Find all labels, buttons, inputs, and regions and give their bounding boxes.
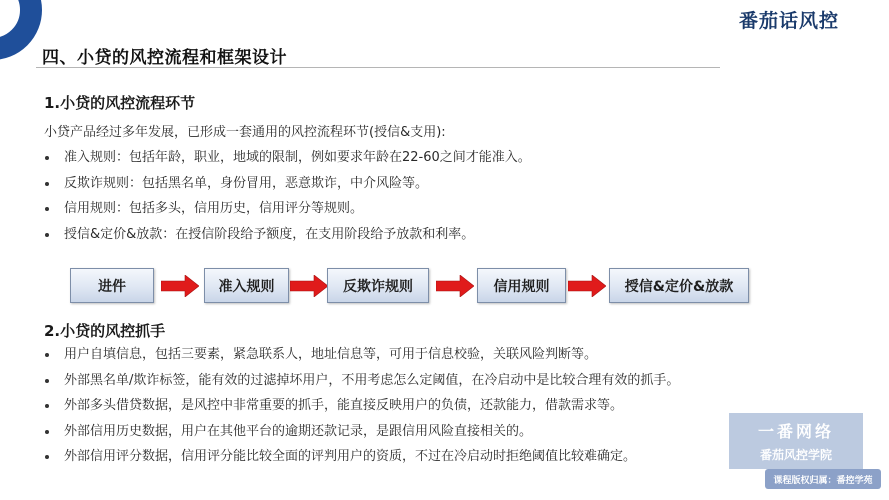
bullet-icon (45, 182, 49, 186)
section1-bullet-list: 准入规则：包括年龄，职业，地域的限制，例如要求年龄在22-60之间才能准入。 反… (44, 145, 531, 247)
flow-step-anti-fraud-rules: 反欺诈规则 (327, 268, 429, 303)
list-item-text: 外部黑名单/欺诈标签，能有效的过滤掉坏用户，不用考虑怎么定阈值，在冷启动中是比较… (64, 373, 679, 388)
slide-title: 四、小贷的风控流程和框架设计 (42, 43, 287, 68)
list-item: 授信&定价&放款：在授信阶段给予额度，在支用阶段给予放款和利率。 (44, 222, 531, 248)
list-item: 外部信用评分数据，信用评分能比较全面的评判用户的资质，不过在冷启动时拒绝阈值比较… (44, 444, 679, 470)
right-arrow-icon (161, 275, 199, 297)
list-item: 准入规则：包括年龄，职业，地域的限制，例如要求年龄在22-60之间才能准入。 (44, 145, 531, 171)
watermark-line1: 一番网络 (758, 419, 834, 442)
list-item-text: 外部多头借贷数据，是风控中非常重要的抓手，能直接反映用户的负债，还款能力，借款需… (64, 398, 623, 413)
section1-heading: 1.小贷的风控流程环节 (44, 92, 195, 113)
bullet-icon (45, 455, 49, 459)
section1-intro: 小贷产品经过多年发展，已形成一套通用的风控流程环节(授信&支用): (44, 121, 446, 140)
bullet-icon (45, 379, 49, 383)
right-arrow-icon (290, 275, 328, 297)
title-divider (36, 67, 720, 68)
list-item-text: 准入规则：包括年龄，职业，地域的限制，例如要求年龄在22-60之间才能准入。 (64, 150, 531, 165)
list-item-text: 用户自填信息，包括三要素，紧急联系人，地址信息等，可用于信息校验，关联风险判断等… (64, 347, 597, 362)
flow-step-application: 进件 (70, 268, 154, 303)
bullet-icon (45, 207, 49, 211)
bullet-icon (45, 233, 49, 237)
list-item: 信用规则：包括多头，信用历史，信用评分等规则。 (44, 196, 531, 222)
watermark-line2: 番茄风控学院 (760, 446, 832, 463)
decorative-ring-icon (0, 0, 42, 60)
flow-step-credit-rules: 信用规则 (477, 268, 566, 303)
bullet-icon (45, 353, 49, 357)
list-item: 外部信用历史数据，用户在其他平台的逾期还款记录，是跟信用风险直接相关的。 (44, 419, 679, 445)
bullet-icon (45, 156, 49, 160)
list-item-text: 授信&定价&放款：在授信阶段给予额度，在支用阶段给予放款和利率。 (64, 227, 474, 242)
brand-logo: 番茄话风控 (739, 6, 839, 33)
list-item-text: 外部信用评分数据，信用评分能比较全面的评判用户的资质，不过在冷启动时拒绝阈值比较… (64, 449, 636, 464)
list-item-text: 信用规则：包括多头，信用历史，信用评分等规则。 (64, 201, 363, 216)
section2-heading: 2.小贷的风控抓手 (44, 320, 165, 341)
risk-control-flow: 进件 准入规则 反欺诈规则 信用规则 授信&定价&放款 (0, 268, 889, 304)
list-item-text: 外部信用历史数据，用户在其他平台的逾期还款记录，是跟信用风险直接相关的。 (64, 424, 532, 439)
list-item: 外部多头借贷数据，是风控中非常重要的抓手，能直接反映用户的负债，还款能力，借款需… (44, 393, 679, 419)
right-arrow-icon (568, 275, 606, 297)
copyright-badge: 课程版权归属：番控学苑 (765, 469, 881, 489)
section2-bullet-list: 用户自填信息，包括三要素，紧急联系人，地址信息等，可用于信息校验，关联风险判断等… (44, 342, 679, 470)
list-item-text: 反欺诈规则：包括黑名单，身份冒用，恶意欺诈，中介风险等。 (64, 176, 428, 191)
list-item: 用户自填信息，包括三要素，紧急联系人，地址信息等，可用于信息校验，关联风险判断等… (44, 342, 679, 368)
list-item: 外部黑名单/欺诈标签，能有效的过滤掉坏用户，不用考虑怎么定阈值，在冷启动中是比较… (44, 368, 679, 394)
flow-step-admission-rules: 准入规则 (204, 268, 289, 303)
bullet-icon (45, 404, 49, 408)
watermark: 一番网络 番茄风控学院 (729, 413, 863, 469)
bullet-icon (45, 430, 49, 434)
flow-step-credit-pricing-disbursement: 授信&定价&放款 (609, 268, 749, 303)
right-arrow-icon (436, 275, 474, 297)
list-item: 反欺诈规则：包括黑名单，身份冒用，恶意欺诈，中介风险等。 (44, 171, 531, 197)
